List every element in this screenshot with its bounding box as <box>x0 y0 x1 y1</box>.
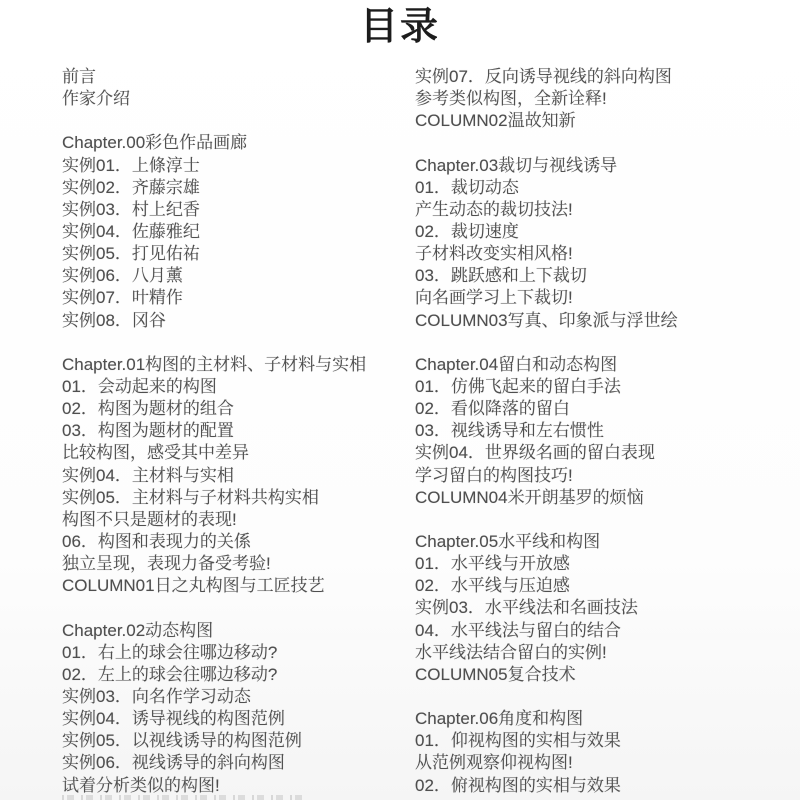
toc-line: 01．仰视构图的实相与效果 <box>415 730 793 752</box>
toc-line <box>62 110 412 132</box>
toc-line: 前言 <box>62 66 412 88</box>
toc-line: 水平线法结合留白的实例! <box>415 642 793 664</box>
toc-line: 实例06．视线诱导的斜向构图 <box>62 752 412 774</box>
toc-line: COLUMN02温故知新 <box>415 110 793 132</box>
toc-line: 02．看似降落的留白 <box>415 398 793 420</box>
toc-line: Chapter.03裁切与视线诱导 <box>415 155 793 177</box>
toc-line: 实例05．以视线诱导的构图范例 <box>62 730 412 752</box>
toc-line: 02．裁切速度 <box>415 221 793 243</box>
toc-line: COLUMN05复合技术 <box>415 664 793 686</box>
toc-line: 试着分析类似的构图! <box>62 775 412 797</box>
toc-line: 实例05．打见佑祐 <box>62 243 412 265</box>
toc-line: 实例02．齐藤宗雄 <box>62 177 412 199</box>
toc-line: COLUMN01日之丸构图与工匠技艺 <box>62 575 412 597</box>
toc-line: 02．水平线与压迫感 <box>415 575 793 597</box>
toc-line <box>62 332 412 354</box>
toc-line: 实例01．上條淳士 <box>62 155 412 177</box>
toc-line: 实例03．村上纪香 <box>62 199 412 221</box>
toc-line: Chapter.00彩色作品画廊 <box>62 132 412 154</box>
toc-line: COLUMN04米开朗基罗的烦恼 <box>415 487 793 509</box>
toc-line: 子材料改变实相风格! <box>415 243 793 265</box>
toc-line: 03．跳跃感和上下裁切 <box>415 265 793 287</box>
toc-line: 实例03．水平线法和名画技法 <box>415 597 793 619</box>
toc-column-left: 前言作家介绍Chapter.00彩色作品画廊实例01．上條淳士实例02．齐藤宗雄… <box>62 66 412 797</box>
toc-line: 独立呈现，表现力备受考验! <box>62 553 412 575</box>
toc-line: 03．构图为题材的配置 <box>62 420 412 442</box>
toc-line: 实例06．八月薰 <box>62 265 412 287</box>
toc-line: 03．视线诱导和左右惯性 <box>415 420 793 442</box>
clipped-bottom-line-artifact <box>62 795 302 800</box>
toc-line: Chapter.04留白和动态构图 <box>415 354 793 376</box>
toc-line: 学习留白的构图技巧! <box>415 465 793 487</box>
toc-column-right: 实例07．反向诱导视线的斜向构图参考类似构图，全新诠释!COLUMN02温故知新… <box>415 66 793 797</box>
toc-line: 从范例观察仰视构图! <box>415 752 793 774</box>
toc-line <box>415 132 793 154</box>
toc-line: 01．水平线与开放感 <box>415 553 793 575</box>
toc-line: 实例04．主材料与实相 <box>62 465 412 487</box>
toc-line: 作家介绍 <box>62 88 412 110</box>
toc-line: Chapter.06角度和构图 <box>415 708 793 730</box>
toc-line: 实例04．佐藤雅纪 <box>62 221 412 243</box>
toc-line <box>415 509 793 531</box>
toc-line <box>62 597 412 619</box>
toc-line: 01．右上的球会往哪边移动? <box>62 642 412 664</box>
toc-line: 01．裁切动态 <box>415 177 793 199</box>
toc-line: 比较构图，感受其中差异 <box>62 442 412 464</box>
toc-line: 实例07．叶精作 <box>62 287 412 309</box>
toc-line: 02．俯视构图的实相与效果 <box>415 775 793 797</box>
toc-line: 04．水平线法与留白的结合 <box>415 620 793 642</box>
toc-line: 产生动态的裁切技法! <box>415 199 793 221</box>
toc-line: 实例07．反向诱导视线的斜向构图 <box>415 66 793 88</box>
toc-line: 01．会动起来的构图 <box>62 376 412 398</box>
toc-line: 实例04．世界级名画的留白表现 <box>415 442 793 464</box>
toc-line: 实例03．向名作学习动态 <box>62 686 412 708</box>
toc-line: 01．仿佛飞起来的留白手法 <box>415 376 793 398</box>
toc-line: 构图不只是题材的表现! <box>62 509 412 531</box>
toc-line <box>415 686 793 708</box>
toc-line: 实例08．冈谷 <box>62 310 412 332</box>
toc-line: 实例04．诱导视线的构图范例 <box>62 708 412 730</box>
toc-line: Chapter.01构图的主材料、子材料与实相 <box>62 354 412 376</box>
page-title: 目录 <box>0 6 800 48</box>
toc-line: 02．左上的球会往哪边移动? <box>62 664 412 686</box>
toc-line: Chapter.02动态构图 <box>62 620 412 642</box>
toc-line: COLUMN03写真、印象派与浮世绘 <box>415 310 793 332</box>
toc-line: 实例05．主材料与子材料共构实相 <box>62 487 412 509</box>
toc-line: 06．构图和表现力的关係 <box>62 531 412 553</box>
toc-line: 参考类似构图，全新诠释! <box>415 88 793 110</box>
toc-line: 向名画学习上下裁切! <box>415 287 793 309</box>
toc-line: Chapter.05水平线和构图 <box>415 531 793 553</box>
toc-line: 02．构图为题材的组合 <box>62 398 412 420</box>
toc-line <box>415 332 793 354</box>
